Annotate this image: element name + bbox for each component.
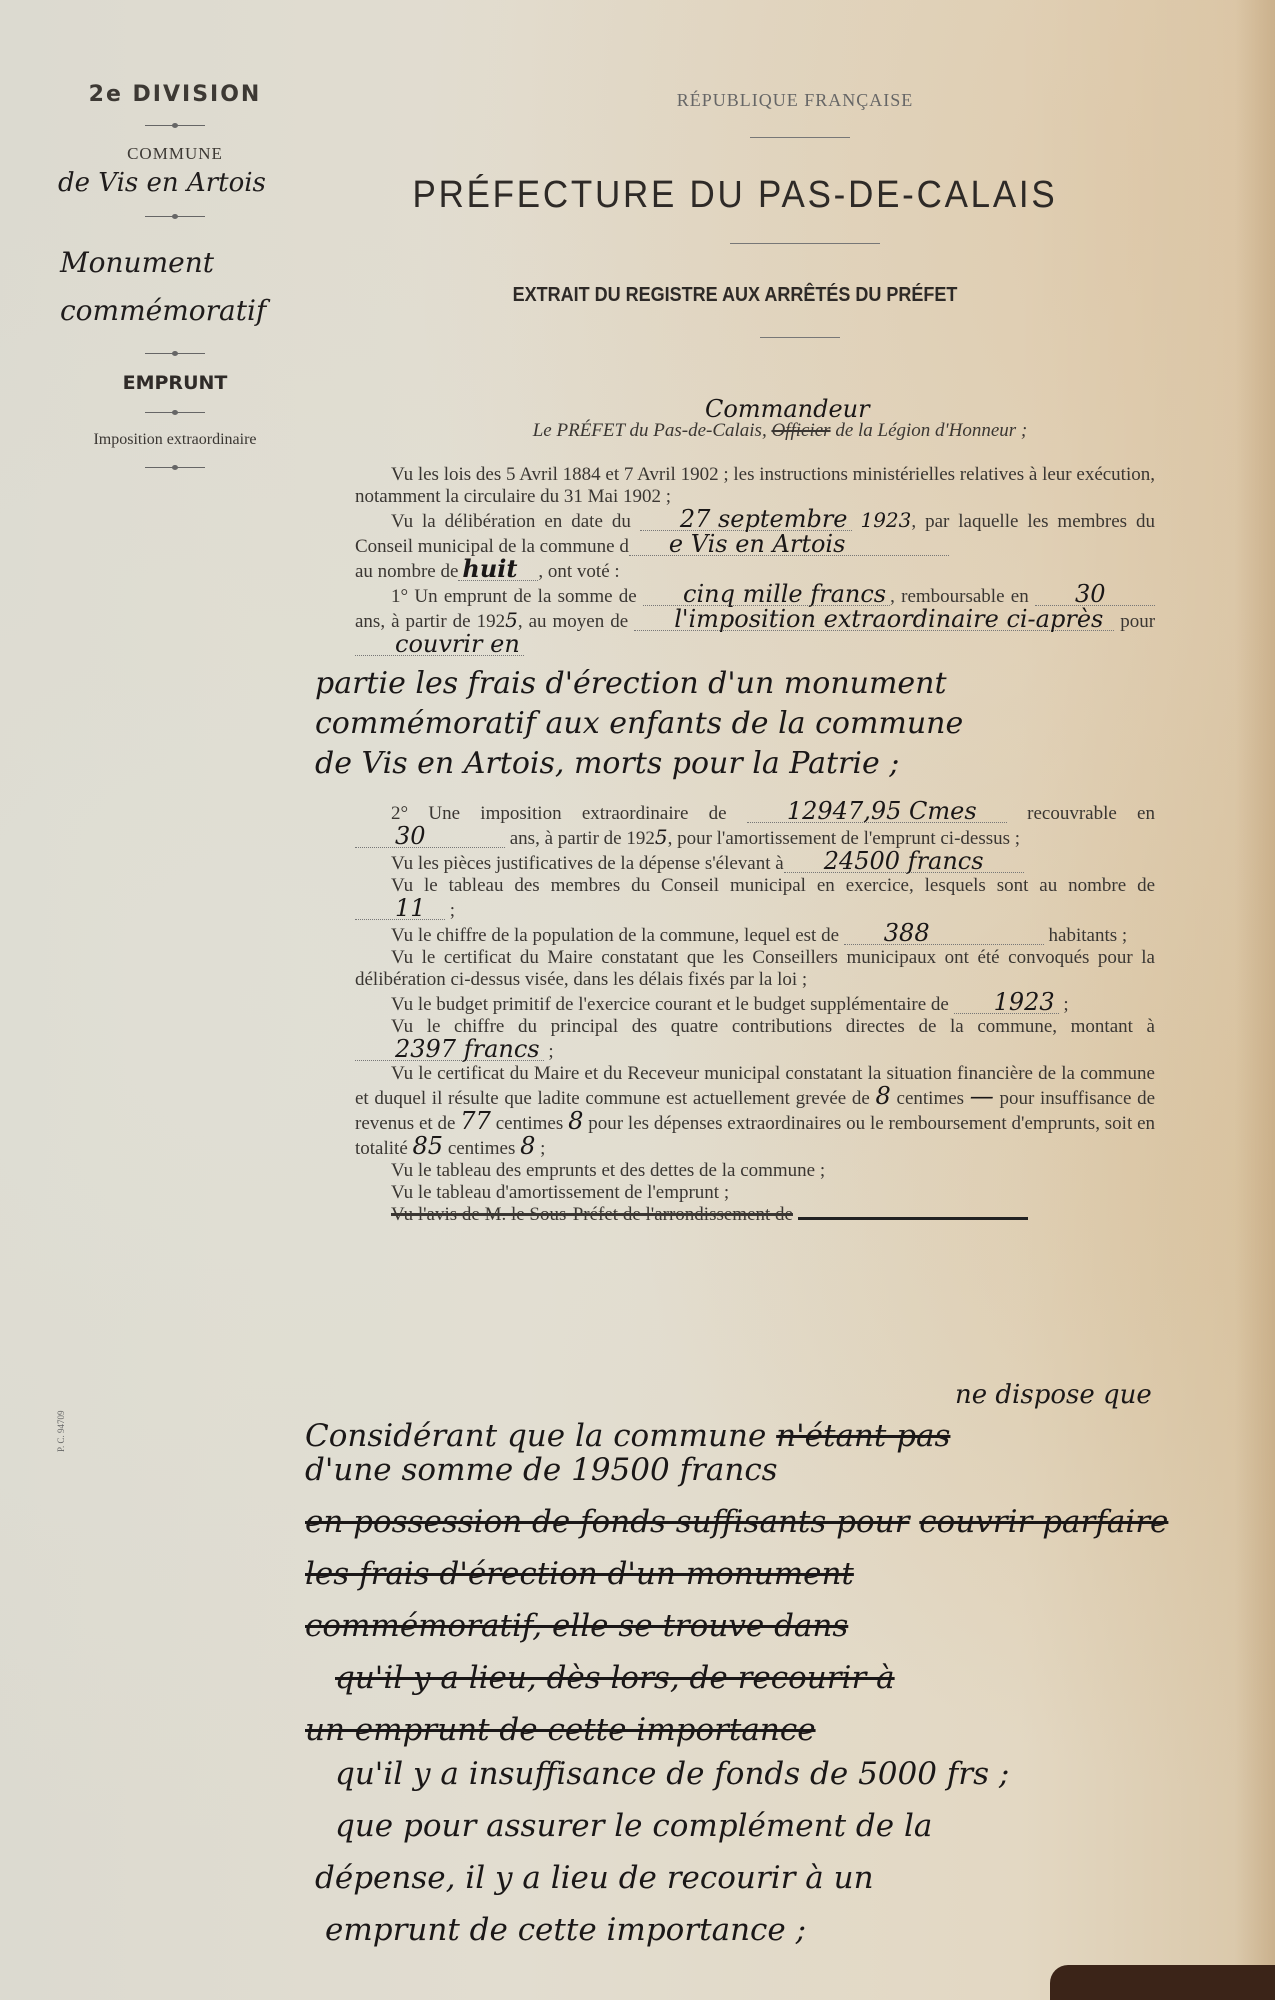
republique-label: RÉPUBLIQUE FRANÇAISE [450, 90, 1140, 111]
document-header: RÉPUBLIQUE FRANÇAISE PRÉFECTURE DU PAS-D… [330, 90, 1140, 338]
background-shadow [1050, 1965, 1275, 2000]
text: habitants ; [1049, 925, 1128, 946]
considerant-line: en possession de fonds suffisants pour c… [305, 1496, 1265, 1548]
commune-label: COMMUNE [40, 144, 310, 164]
field-deliberation-year: 1923 [860, 508, 911, 532]
header-rule [730, 243, 880, 244]
field-centimes-total: 85 [413, 1132, 444, 1160]
field-membres: 11 [355, 897, 445, 920]
paragraph-deliberation: Vu la délibération en date du 27 septemb… [355, 508, 1155, 558]
paragraph-tableau-membres: Vu le tableau des membres du Conseil mun… [355, 875, 1155, 922]
category-label: EMPRUNT [40, 372, 310, 394]
field-principal: 2397 francs [355, 1038, 544, 1061]
field-centimes-2: 77 [460, 1107, 491, 1135]
handwritten-purpose: partie les frais d'érection d'un monumen… [355, 664, 1155, 784]
struck-field [798, 1217, 1028, 1220]
division-label: 2e DIVISION [40, 82, 310, 107]
header-rule [750, 137, 850, 138]
field-moyen: l'imposition extraordinaire ci-après [634, 608, 1114, 631]
field-nombre: huit [458, 558, 538, 581]
field-centimes-1: 8 [876, 1082, 891, 1110]
subcategory-label: Imposition extraordinaire [40, 431, 310, 449]
handwritten-line: de Vis en Artois, morts pour la Patrie ; [315, 744, 1155, 784]
text: centimes [448, 1138, 516, 1159]
subject-handwritten: Monument commémoratif [40, 239, 310, 335]
paragraph-avis-struck: Vu l'avis de M. le Sous-Préfet de l'arro… [355, 1204, 1155, 1226]
document-body: Commandeur Le PRÉFET du Pas-de-Calais, O… [355, 420, 1155, 1226]
struck-line: les frais d'érection d'un monument [305, 1548, 1265, 1600]
subject-line: Monument [60, 239, 310, 287]
left-margin-column: 2e DIVISION COMMUNE de Vis en Artois Mon… [40, 82, 310, 486]
extrait-title: EXTRAIT DU REGISTRE AUX ARRÊTÉS DU PRÉFE… [371, 284, 1100, 307]
field-pour: couvrir en [355, 633, 524, 656]
field-imposition-year-digit: 5 [655, 825, 668, 849]
subject-line: commémoratif [60, 287, 310, 335]
field-emprunt-year-digit: 5 [505, 608, 518, 632]
text: Vu le budget primitif de l'exercice cour… [391, 994, 949, 1015]
paragraph-principal: Vu le chiffre du principal des quatre co… [355, 1016, 1155, 1063]
text: , remboursable en [890, 586, 1029, 607]
prefet-line: Commandeur Le PRÉFET du Pas-de-Calais, O… [405, 420, 1155, 442]
paragraph-situation: Vu le certificat du Maire et du Receveur… [355, 1063, 1155, 1160]
paragraph-pieces: Vu les pièces justificatives de la dépen… [355, 850, 1155, 875]
text: ans, à partir de 192 [355, 611, 505, 632]
text: recouvrable en [1027, 803, 1155, 824]
text: Vu le chiffre de la population de la com… [391, 925, 839, 946]
text: centimes [496, 1113, 564, 1134]
paragraph-tableau-emprunts: Vu le tableau des emprunts et des dettes… [355, 1160, 1155, 1182]
struck-word: Officier [771, 420, 830, 441]
text: Vu les pièces justificatives de la dépen… [391, 853, 784, 874]
text: Vu le chiffre du principal des quatre co… [391, 1016, 1155, 1037]
considerant-final-line: emprunt de cette importance ; [305, 1904, 1265, 1956]
paragraph-item1: 1° Un emprunt de la somme de cinq mille … [355, 583, 1155, 658]
field-population: 388 [844, 922, 1044, 945]
paragraph-tableau-amortissement: Vu le tableau d'amortissement de l'empru… [355, 1182, 1155, 1204]
commune-name-handwritten: de Vis en Artois [40, 168, 310, 198]
struck-text: Vu l'avis de M. le Sous-Préfet de l'arro… [391, 1204, 793, 1225]
text: 1° Un emprunt de la somme de [391, 586, 637, 607]
text: pour [1120, 611, 1155, 632]
field-depense: 24500 francs [784, 850, 1024, 873]
text: 2° Une imposition extraordinaire de [391, 803, 727, 824]
text: ans, à partir de 192 [510, 828, 655, 849]
text: au nombre de [355, 561, 458, 582]
handwritten-insertion: ne dispose que [305, 1380, 1265, 1410]
prefet-text: de la Légion d'Honneur ; [831, 420, 1028, 441]
struck-text: couvrir parfaire [919, 1504, 1168, 1540]
ornament-divider [145, 216, 205, 217]
struck-line: qu'il y a lieu, dès lors, de recourir à [305, 1652, 1265, 1704]
considerant-final-line: qu'il y a insuffisance de fonds de 5000 … [305, 1748, 1265, 1800]
handwritten-insertion: Commandeur [705, 398, 870, 420]
text: Vu le tableau des membres du Conseil mun… [391, 875, 1155, 896]
struck-text: en possession de fonds suffisants pour [305, 1504, 909, 1540]
field-imposition-sum: 12947,95 Cmes [747, 800, 1007, 823]
considerant-final-line: dépense, il y a lieu de recourir à un [305, 1852, 1265, 1904]
text: , pour l'amortissement de l'emprunt ci-d… [668, 828, 1020, 849]
prefet-text: Le PRÉFET du Pas-de-Calais, [533, 420, 772, 441]
field-emprunt-years: 30 [1035, 583, 1155, 606]
paragraph-item2: 2° Une imposition extraordinaire de 1294… [355, 800, 1155, 850]
field-emprunt-sum: cinq mille francs [643, 583, 890, 606]
considerant-final-line: que pour assurer le complément de la [305, 1800, 1265, 1852]
struck-text: n'étant pas [776, 1418, 950, 1454]
handwritten-line: commémoratif aux enfants de la commune [315, 704, 1155, 744]
field-budget-year: 1923 [954, 991, 1059, 1014]
text: Vu la délibération en date du [391, 511, 631, 532]
ornament-divider [145, 412, 205, 413]
field-centimes-total-b: 8 [520, 1132, 535, 1160]
text: centimes [897, 1088, 965, 1109]
ornament-divider [145, 353, 205, 354]
text: , au moyen de [518, 611, 628, 632]
struck-line: commémoratif, elle se trouve dans [305, 1600, 1265, 1652]
paragraph-budget: Vu le budget primitif de l'exercice cour… [355, 991, 1155, 1016]
prefecture-title: PRÉFECTURE DU PAS-DE-CALAIS [362, 174, 1107, 217]
field-deliberation-date: 27 septembre [640, 508, 852, 531]
handwritten-line: partie les frais d'érection d'un monumen… [315, 664, 1155, 704]
ornament-divider [145, 467, 205, 468]
ornament-divider [145, 125, 205, 126]
field-centimes-1b: — [970, 1082, 994, 1110]
form-code: P. C. 94709 [56, 1410, 66, 1452]
paragraph-population: Vu le chiffre de la population de la com… [355, 922, 1155, 947]
paragraph-lois: Vu les lois des 5 Avril 1884 et 7 Avril … [355, 464, 1155, 508]
considerant-section: ne dispose que Considérant que la commun… [305, 1400, 1265, 1956]
header-rule [760, 337, 840, 338]
field-commune: e Vis en Artois [629, 533, 949, 556]
text: , ont voté : [538, 561, 619, 582]
field-imposition-years: 30 [355, 825, 505, 848]
field-centimes-2b: 8 [568, 1107, 583, 1135]
paragraph-certificat-maire: Vu le certificat du Maire constatant que… [355, 947, 1155, 991]
